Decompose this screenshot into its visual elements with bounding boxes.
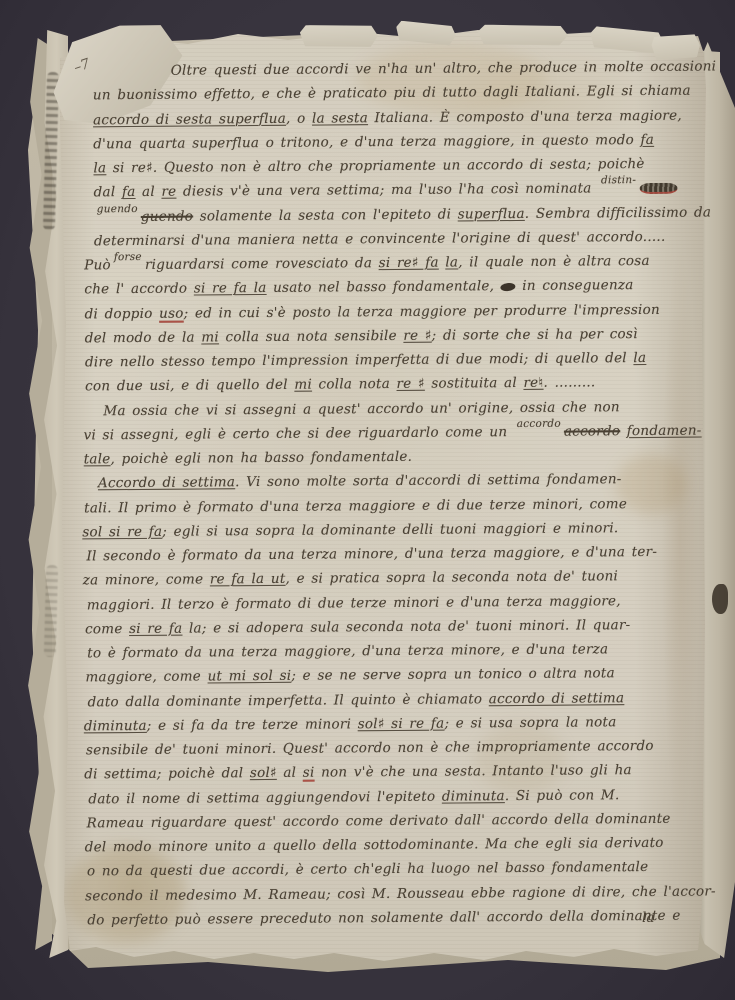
torn-paper-tab [478,23,568,47]
manuscript-line: vi si assegni, egli è certo che si dee r… [83,418,697,447]
manuscript-line: dire nello stesso tempo l'impression imp… [85,346,697,375]
manuscript-line: do perfetto può essere preceduto non sol… [87,903,701,932]
ink-blot-right-edge [712,584,728,614]
torn-paper-tab [300,23,379,50]
manuscript-scan: –7 Oltre questi due accordi ve n'ha un' … [0,0,735,1000]
spine-print-fragment [44,565,58,657]
catchword: la [642,910,654,926]
manuscript-text: Oltre questi due accordi ve n'ha un' alt… [79,55,702,933]
